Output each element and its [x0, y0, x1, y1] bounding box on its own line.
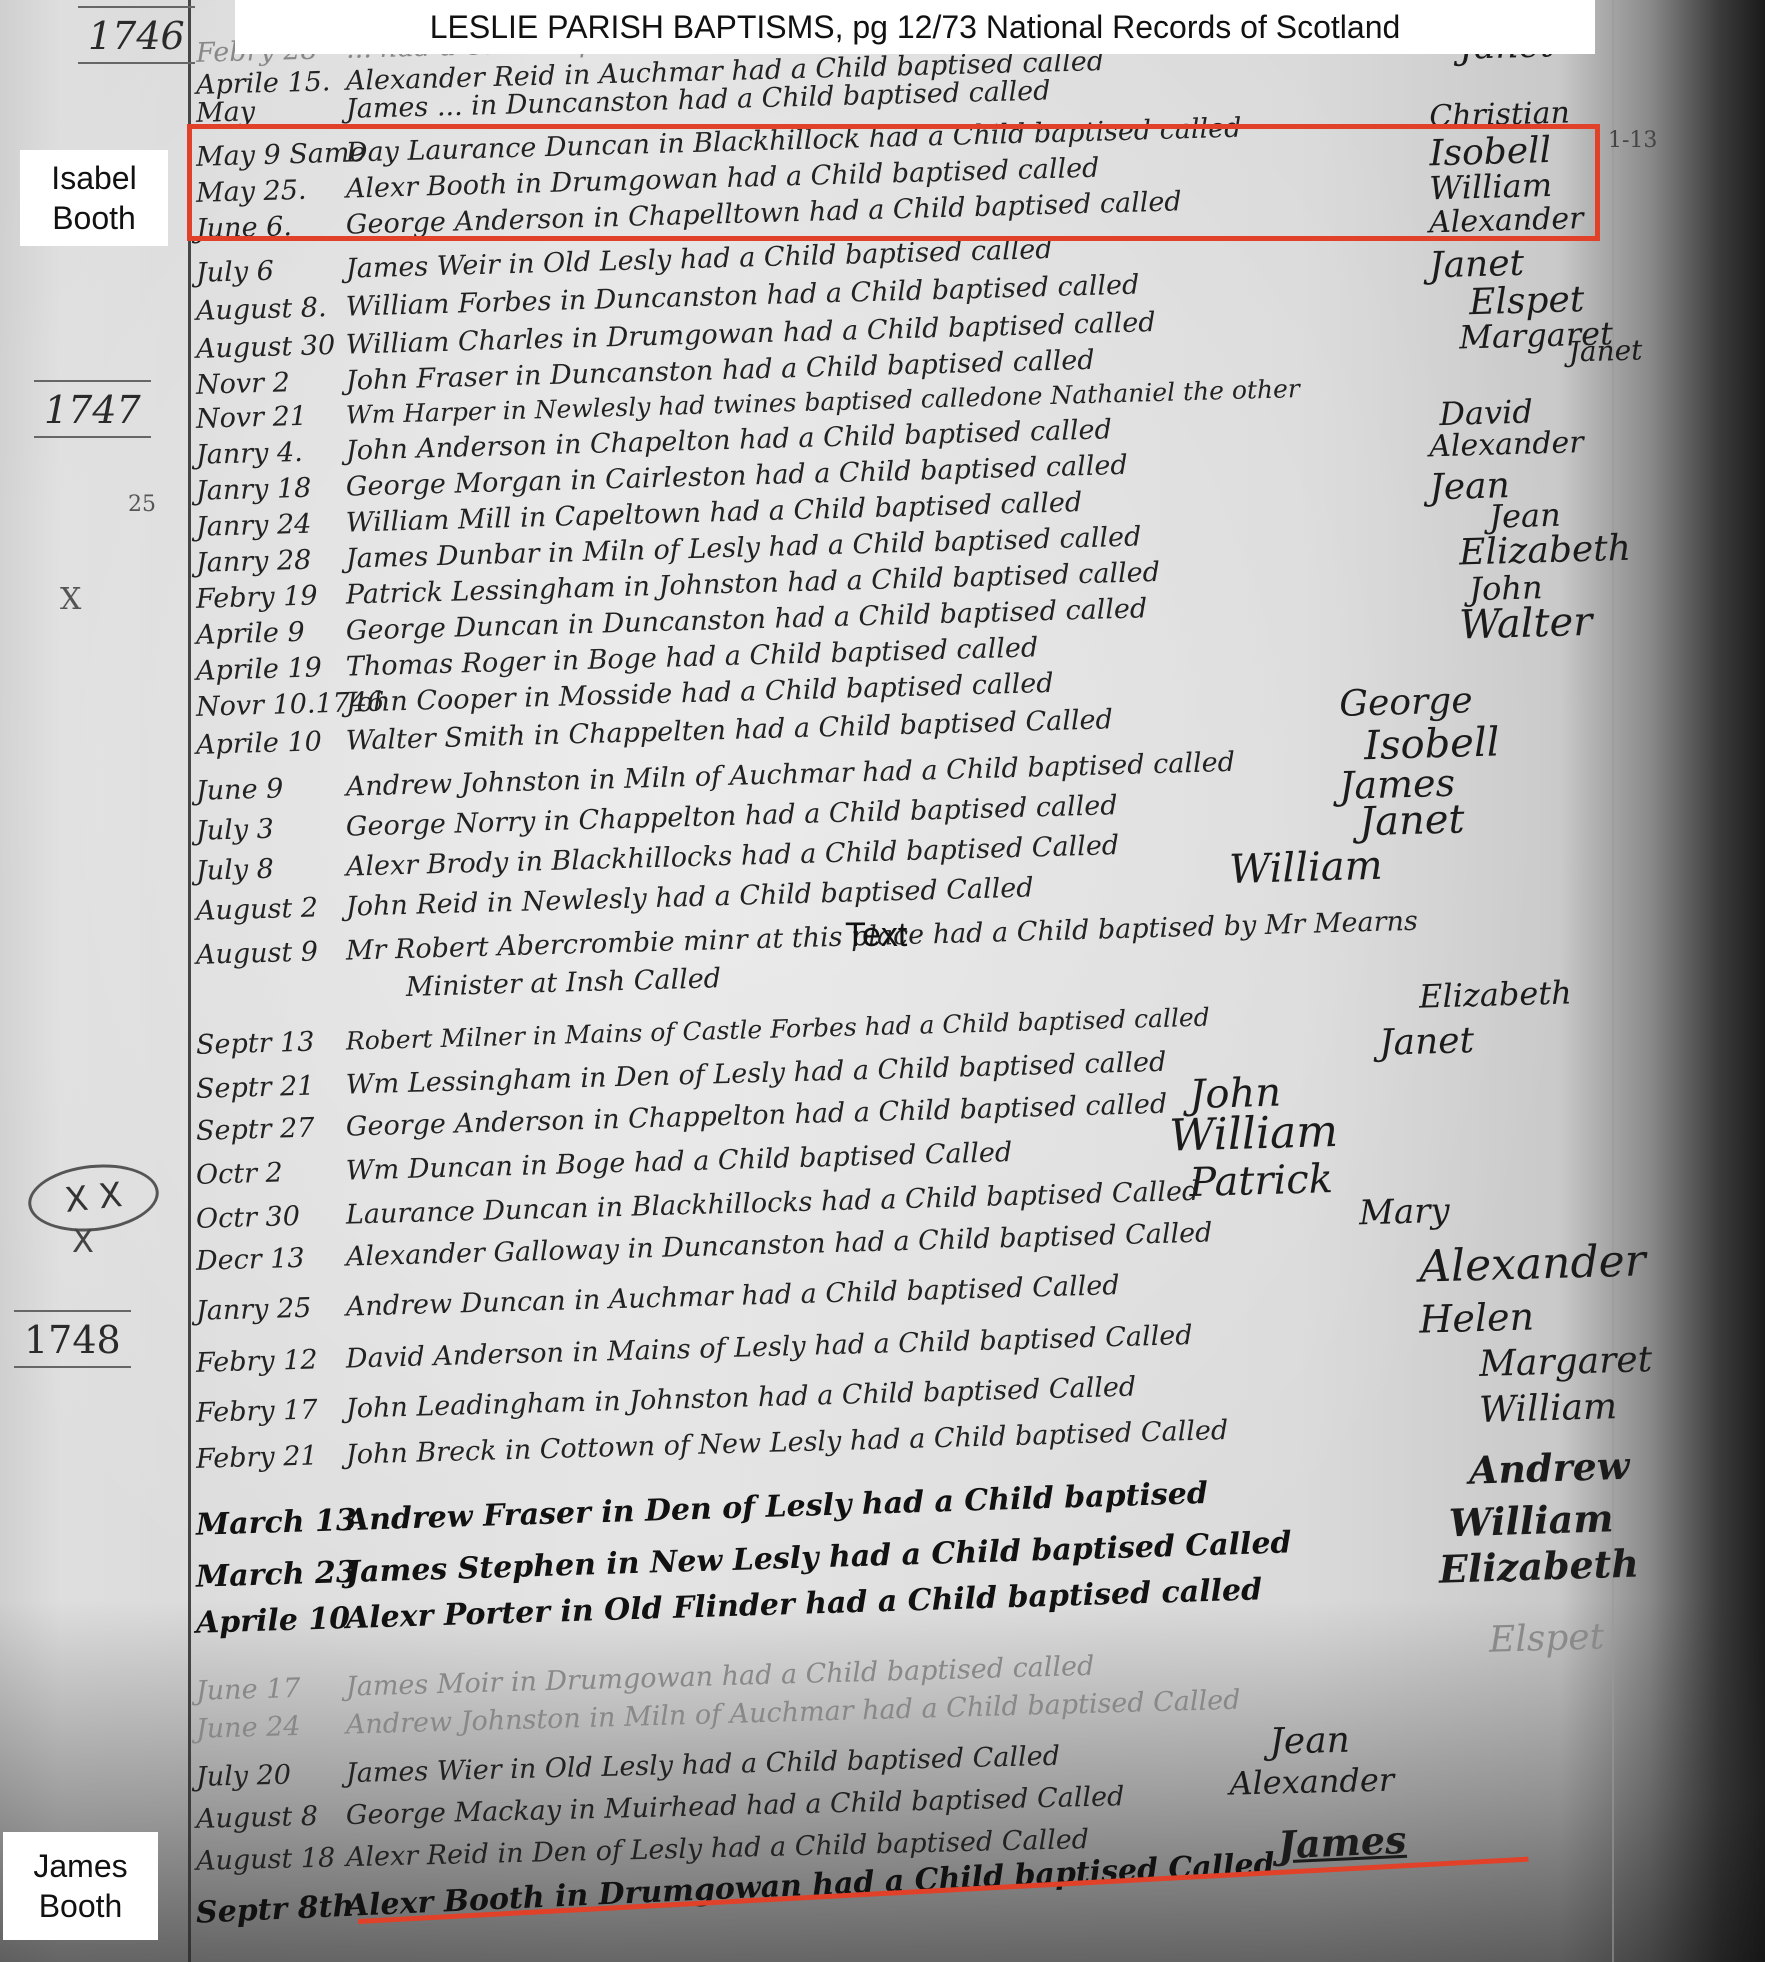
- entry-child-name: William: [1169, 1106, 1339, 1162]
- entry-child-name: Margaret: [1479, 1339, 1653, 1385]
- entry-date: Febry 17: [190, 1394, 347, 1429]
- entry-text: Wm Duncan in Boge had a Child baptised C…: [346, 1137, 1013, 1187]
- entry-date: Febry 12: [190, 1344, 347, 1379]
- entry-date: June 17: [190, 1672, 347, 1707]
- entry-date: Novr 2: [190, 366, 347, 401]
- entry-child-name: Alexander: [1419, 1235, 1647, 1292]
- margin-year-1747: 1747: [44, 388, 141, 432]
- entry-date: August 8: [190, 1800, 347, 1835]
- isabel-booth-label: Isabel Booth: [20, 150, 168, 246]
- margin-note-x: X: [60, 582, 81, 617]
- entry-child-name: William: [1229, 843, 1384, 893]
- entry-text: David Anderson in Mains of Lesly had a C…: [346, 1320, 1193, 1375]
- margin-year-1746: 1746: [88, 14, 185, 58]
- entry-date: Octr 2: [190, 1156, 347, 1191]
- entry-date: July 3: [190, 812, 347, 847]
- james-label-first: James: [33, 1846, 127, 1886]
- margin-note-x-below: X: [72, 1222, 94, 1260]
- entry-date: Febry 21: [190, 1440, 347, 1475]
- entry-date: Febry 19: [190, 580, 347, 615]
- entry-child-name: Jean: [1269, 1720, 1350, 1763]
- entry-child-name: James: [1277, 1817, 1407, 1868]
- entry-child-name: Patrick: [1189, 1156, 1334, 1206]
- entry-child-name: Janet: [1429, 243, 1525, 287]
- entry-text: John Leadingham in Johnston had a Child …: [346, 1372, 1137, 1425]
- entry-date: August 30: [190, 330, 347, 365]
- entry-date: Janry 18: [190, 472, 347, 507]
- entry-text: Robert Milner in Mains of Castle Forbes …: [346, 1003, 1211, 1056]
- page-title: LESLIE PARISH BAPTISMS, pg 12/73 Nationa…: [430, 9, 1401, 46]
- entry-text: George Mackay in Muirhead had a Child ba…: [346, 1781, 1125, 1831]
- entry-child-name: Elizabeth: [1419, 973, 1573, 1015]
- entry-text: John Breck in Cottown of New Lesly had a…: [346, 1415, 1229, 1471]
- entry-date: Octr 30: [190, 1200, 347, 1235]
- isabel-label-first: Isabel: [51, 158, 136, 198]
- entry-date: Aprile 19: [190, 652, 347, 687]
- entry-child-name: Alexander: [1429, 425, 1584, 464]
- text-annotation-label: Text: [845, 916, 907, 955]
- entry-text: Minister at Insh Called: [346, 963, 722, 1004]
- entry-child-name: Andrew: [1468, 1443, 1630, 1493]
- entry-date: Janry 28: [190, 544, 347, 579]
- entry-date: Decr 13: [190, 1242, 347, 1277]
- isabel-booth-highlight-box: [187, 124, 1600, 241]
- entry-date: Janry 24: [190, 508, 347, 543]
- isabel-label-last: Booth: [52, 198, 136, 238]
- james-label-last: Booth: [39, 1886, 123, 1926]
- entry-child-name: George: [1339, 680, 1473, 725]
- entry-date: August 2: [190, 892, 347, 927]
- entry-child-name: Walter: [1459, 599, 1593, 649]
- entry-child-name: Janet: [1568, 333, 1643, 368]
- entry-date: Aprile 10: [189, 1601, 346, 1641]
- entry-date: [190, 998, 346, 1002]
- james-booth-label: James Booth: [3, 1832, 158, 1940]
- entry-text: Andrew Fraser in Den of Lesly had a Chil…: [345, 1476, 1208, 1538]
- entry-child-name: Elizabeth: [1438, 1540, 1639, 1591]
- entry-date: June 9: [190, 772, 347, 807]
- entry-child-name: Helen: [1419, 1294, 1535, 1341]
- entry-text: James Wier in Old Lesly had a Child bapt…: [346, 1741, 1061, 1789]
- margin-note-25: 25: [128, 492, 156, 517]
- entry-date: Septr 21: [190, 1070, 347, 1105]
- entry-date: Janry 4.: [190, 436, 347, 471]
- entry-date: August 8.: [190, 292, 347, 327]
- entry-child-name: William: [1479, 1386, 1618, 1431]
- entry-text: John Reid in Newlesly had a Child baptis…: [346, 872, 1034, 922]
- entry-child-name: Janet: [1358, 796, 1465, 845]
- entry-date: Septr 27: [190, 1112, 347, 1147]
- entry-text: Andrew Duncan in Auchmar had a Child bap…: [346, 1270, 1120, 1323]
- circled-xx-text: X X: [63, 1175, 124, 1221]
- entry-date: June 24: [190, 1710, 347, 1745]
- entry-child-name: Janet: [1379, 1020, 1475, 1064]
- entry-date: July 6: [190, 254, 347, 289]
- margin-year-1748: 1748: [24, 1318, 121, 1362]
- page-title-banner: LESLIE PARISH BAPTISMS, pg 12/73 Nationa…: [235, 0, 1595, 54]
- entry-date: Janry 25: [190, 1292, 347, 1327]
- entry-date: July 20: [190, 1758, 347, 1793]
- entry-child-name: Alexander: [1229, 1761, 1395, 1803]
- entry-date: March 23: [189, 1555, 346, 1595]
- entry-child-name: Elspet: [1489, 1617, 1605, 1661]
- entry-date: Septr 13: [190, 1026, 347, 1061]
- entry-date: Aprile 9: [190, 616, 347, 651]
- entry-date: August 9: [190, 936, 347, 971]
- entry-child-name: William: [1448, 1495, 1614, 1545]
- entry-date: March 13: [189, 1503, 346, 1543]
- entry-date: August 18: [190, 1842, 347, 1877]
- baptism-entries: Febry 28 ... had a Child baptised called…: [190, 0, 1620, 1962]
- entry-date: Septr 8th: [189, 1889, 346, 1931]
- entry-date: Aprile 10: [190, 726, 347, 761]
- entry-date: July 8: [190, 852, 347, 887]
- entry-child-name: Mary: [1359, 1191, 1451, 1234]
- entry-child-name: Elizabeth: [1459, 528, 1632, 574]
- entry-date: Novr 21: [190, 400, 347, 435]
- entry-date: Novr 10.1746: [190, 688, 347, 723]
